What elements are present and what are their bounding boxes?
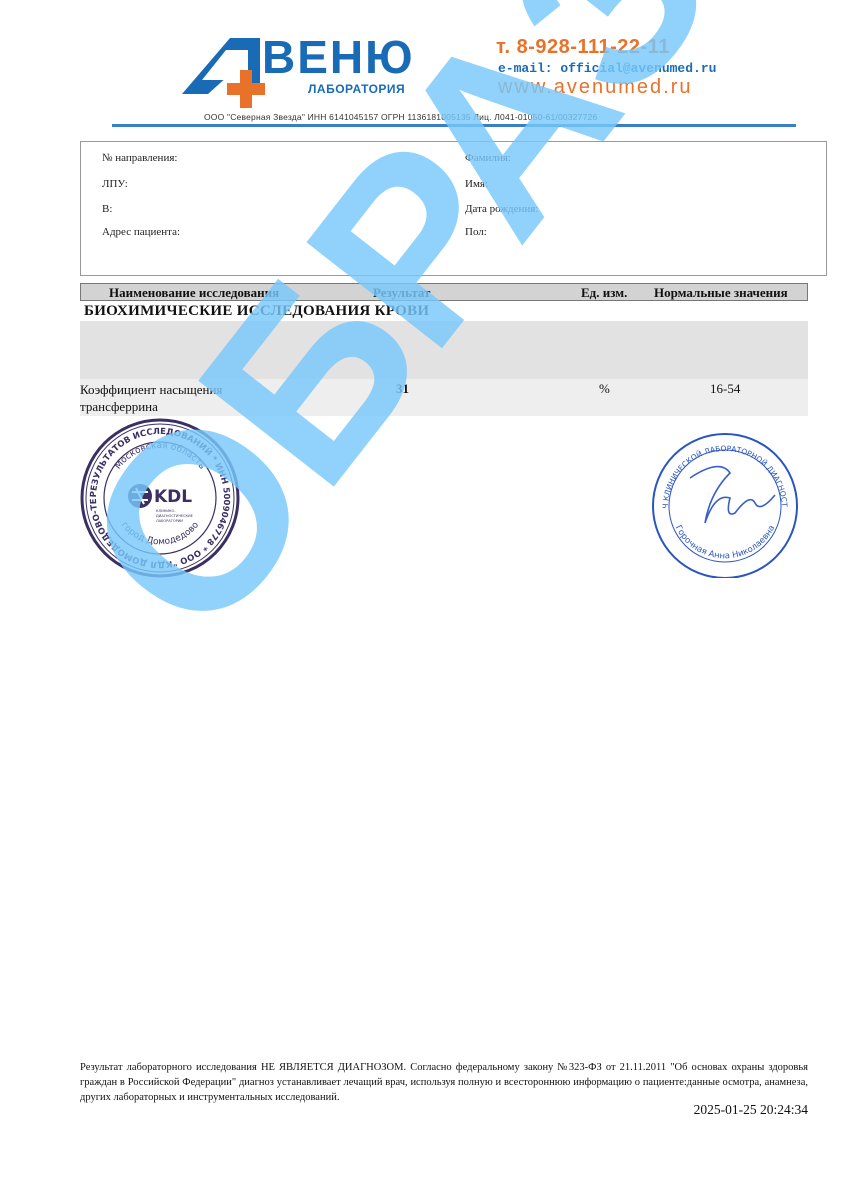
surname-label: Фамилия: (465, 152, 511, 164)
report-timestamp: 2025-01-25 20:24:34 (694, 1102, 808, 1118)
b-label: В: (102, 203, 112, 215)
row-test-name: Коэффициент насыщения трансферрина (80, 381, 250, 415)
patient-info-box: № направления: ЛПУ: В: Адрес пациента: Ф… (80, 141, 827, 276)
svg-text:КЛИНИКО-: КЛИНИКО- (156, 509, 176, 513)
svg-text:ВРАЧ КЛИНИЧЕСКОЙ ЛАБОРАТОРНОЙ: ВРАЧ КЛИНИЧЕСКОЙ ЛАБОРАТОРНОЙ ДИАГНОСТИК… (650, 418, 789, 509)
logo-subtitle: ЛАБОРАТОРИЯ (308, 82, 405, 96)
logo-wordmark: ВЕНЮ (262, 34, 415, 80)
section-spacer (80, 321, 808, 379)
row-reference: 16-54 (710, 381, 740, 397)
signature-icon (690, 467, 775, 523)
kdl-logo-text: KDL (154, 487, 192, 507)
contact-website: www.avenumed.ru (498, 76, 693, 99)
header-unit: Ед. изм. (581, 285, 627, 301)
results-table-header: Наименование исследования Результат Ед. … (80, 283, 808, 301)
referral-number-label: № направления: (102, 152, 177, 164)
contact-phone: т. 8-928-111-22-11 (496, 36, 670, 59)
legal-line: ООО "Северная Звезда" ИНН 6141045157 ОГР… (204, 112, 597, 122)
svg-text:ДИАГНОСТИЧЕСКИЕ: ДИАГНОСТИЧЕСКИЕ (156, 514, 193, 518)
svg-text:Горочная Анна Николаевна: Горочная Анна Николаевна (673, 524, 778, 562)
first-name-label: Имя: (465, 178, 488, 190)
header-reference: Нормальные значения (654, 285, 788, 301)
lpu-label: ЛПУ: (102, 178, 128, 190)
svg-text:ЛАБОРАТОРИИ: ЛАБОРАТОРИИ (156, 519, 183, 523)
header-divider (112, 124, 796, 127)
section-title: БИОХИМИЧЕСКИЕ ИССЛЕДОВАНИЯ КРОВИ (84, 303, 429, 320)
row-result: 31 (396, 381, 409, 397)
svg-text:город Домодедово: город Домодедово (119, 520, 201, 547)
sex-label: Пол: (465, 226, 487, 238)
doctor-stamp: ВРАЧ КЛИНИЧЕСКОЙ ЛАБОРАТОРНОЙ ДИАГНОСТИК… (650, 418, 800, 578)
lab-header: ВЕНЮ ЛАБОРАТОРИЯ т. 8-928-111-22-11 e-ma… (112, 28, 796, 128)
header-result: Результат (373, 285, 430, 301)
row-unit: % (599, 381, 610, 397)
contact-email: e-mail: official@avenumed.ru (498, 61, 716, 76)
birth-date-label: Дата рождения: (465, 203, 538, 215)
header-test-name: Наименование исследования (109, 285, 279, 301)
lab-seal-stamp: ДЛЯ РЕЗУЛЬТАТОВ ИССЛЕДОВАНИЙ * ИНН 50090… (80, 418, 240, 578)
disclaimer-text: Результат лабораторного исследования НЕ … (80, 1060, 808, 1105)
patient-address-label: Адрес пациента: (102, 226, 180, 238)
